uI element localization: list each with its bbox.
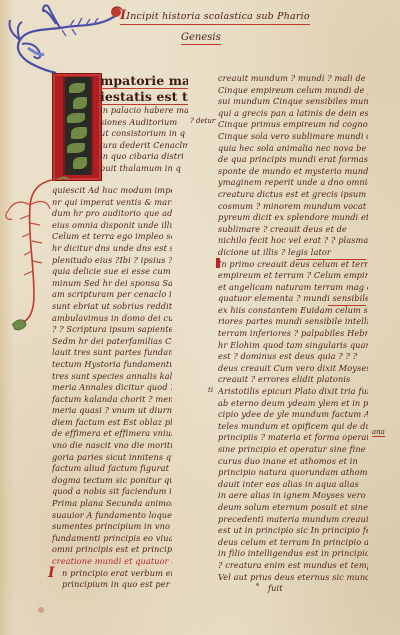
text-line: et angelicam naturam terram mag omnem ra… xyxy=(218,282,368,294)
left-text-column: mpatorie ma iestatis est tres in palacio… xyxy=(100,73,188,175)
book-title: Genesis xyxy=(181,32,221,45)
text-line: diem factum est Est oblaz plenitudine xyxy=(52,417,172,429)
text-line: quia delicie sue ei esse cum filiis ho xyxy=(52,266,172,278)
text-line: ex hiis constantem Euidam celum supe xyxy=(218,305,368,317)
text-line: sui mundum Cinque sensibiles mundi xyxy=(218,96,368,108)
stain xyxy=(38,607,44,613)
text-line: sumentes principium in vno ab omnis xyxy=(52,521,172,533)
text-line: siones Auditorium xyxy=(100,117,188,129)
text-line: I n principio erat verbum et verbum erat xyxy=(52,568,172,580)
text-line: principium in quo est per ad patrem xyxy=(52,579,172,591)
initial-foliage-panel xyxy=(63,77,93,175)
text-line: factum aliud factum figurat Tropologia xyxy=(52,463,172,475)
text-line: cipio ydee de yle mundum factum Aristo xyxy=(218,409,368,421)
text-line: In primo creauit deus celum et terra Cel… xyxy=(218,259,368,271)
text-line: Cinque sola vero sublimare mundi de xyxy=(218,131,368,143)
marginal-gloss-right: ana xyxy=(372,428,385,437)
text-line: quia hec sola animalia nec nova be xyxy=(218,143,368,155)
text-line: factum kalanda chorit ? mensem Effi xyxy=(52,394,172,406)
text-line: goria paries sicut innitens que per xyxy=(52,452,172,464)
paragraph-mark xyxy=(216,258,220,268)
text-line: ymaginem reperit unde a dno omnia xyxy=(218,177,368,189)
text-line: ut consistorium in q xyxy=(100,128,188,140)
text-line: nichilo fecit hoc vel erat ? ? plasmauit xyxy=(218,235,368,247)
incipit-text: Incipit historia scolastica sub Phario xyxy=(126,11,310,22)
text-line: Cinque empireum celum mundi de gre xyxy=(218,85,368,97)
text-line-content: n principio erat verbum et verbum erat xyxy=(62,568,172,578)
right-text-column: creauit mundum ? mundi ? mali de Cinque … xyxy=(218,73,368,595)
rubric-underline xyxy=(296,259,366,260)
text-line: deus creauit Cum vero dixit Moyses xyxy=(218,363,368,375)
text-line: fundamenti principis eo viuante qui xyxy=(52,533,172,545)
incipit-heading: IIncipit historia scolastica sub Phario xyxy=(120,8,310,25)
text-line: ambulavimus in domo dei cum consensu xyxy=(52,313,172,325)
text-line: dum hr pro auditorio que ad nutu xyxy=(52,208,172,220)
text-line: buit thalamum in q xyxy=(100,163,188,175)
text-line: ab eterno deum ydeam ylem et in prin xyxy=(218,398,368,410)
text-line: Celum et terra ego impleo sedm xyxy=(52,231,172,243)
text-line: fuit xyxy=(218,583,368,595)
text-line: creauit mundum ? mundi ? mali de xyxy=(218,73,368,85)
text-line: de effimera et effimera vnius est qui xyxy=(52,428,172,440)
text-line: nr qui imperat ventis & mari mu xyxy=(52,197,172,209)
text-line: sponte de mundo et mysterio mundi xyxy=(218,166,368,178)
text-line: tres sunt species annalis kalanda effi xyxy=(52,371,172,383)
text-line: Prima plana Secunda animos Tertia xyxy=(52,498,172,510)
text-line: sine principio et operatur sine fine Epi xyxy=(218,444,368,456)
text-line: vno die nascit vno die moritur Alle xyxy=(52,440,172,452)
text-line: suauior A fundamento loquendi xyxy=(52,510,172,522)
text-line: deum solum eternum posuit et sine xyxy=(218,502,368,514)
text-line: Sedm hr dei paterfamilias Condi xyxy=(52,336,172,348)
stain xyxy=(256,583,259,586)
text-line: Vel aut prius deus eternus sic mundus xyxy=(218,572,368,584)
text-line: pyreum dicit ex splendore mundi et xyxy=(218,212,368,224)
text-line: iestatis est tres xyxy=(100,89,188,105)
left-text-column-lower: quiescit Ad huc modum imperator nr qui i… xyxy=(52,185,172,591)
rubric-underline xyxy=(328,305,366,306)
blue-flourish-ornament xyxy=(0,0,130,80)
text-line: dogma tectum sic ponitur que perfecti xyxy=(52,475,172,487)
text-line: principio natura quorundam athomos soli xyxy=(218,467,368,479)
text-line: est ? dominus est deus quia ? ? ? xyxy=(218,351,368,363)
text-line: plenitudo eius ?Ibi ? ipsius ? thalamo xyxy=(52,255,172,267)
marginal-gloss-center: ? detur xyxy=(190,117,215,125)
text-line: quatuor elementa ? mundi sensibilem xyxy=(218,293,368,305)
text-line: quod a nobis sit faciendum insinuat xyxy=(52,486,172,498)
text-line: qui a grecis pan a latinis de dein est xyxy=(218,108,368,120)
text-line: ? creatura enim est mundus et tempus xyxy=(218,560,368,572)
text-line: precedenti materia mundum creauit Creatu… xyxy=(218,514,368,526)
text-line: hr dicitur dns unde dns est scit ? xyxy=(52,243,172,255)
text-line: in aere alias in ignem Moyses vero xyxy=(218,490,368,502)
text-line: Aristotilis epicuri Plato dixit tria fui… xyxy=(218,386,368,398)
text-line: lauit tres sunt partes fundamentum parie… xyxy=(52,347,172,359)
text-line: minum Sed hr dei sponsa Sacra xyxy=(52,278,172,290)
text-line: quiescit Ad huc modum imperator xyxy=(52,185,172,197)
text-line: dicione ut illis ? legis lator xyxy=(218,247,368,259)
text-line: eius omnia disponit unde illud xyxy=(52,220,172,232)
text-line: sublimare ? creauit deus et de xyxy=(218,224,368,236)
manuscript-page: IIncipit historia scolastica sub Phario … xyxy=(0,0,400,635)
text-line: empireum et terram ? Celum empireum xyxy=(218,270,368,282)
text-line: ? ? Scriptura ipsum sapientes xyxy=(52,324,172,336)
illuminated-initial-i xyxy=(52,73,102,181)
text-line: curus duo inane et athomos et in xyxy=(218,456,368,468)
text-line: creatura dictus est et grecis ipsum micr… xyxy=(218,189,368,201)
text-line: in quo cibaria distri xyxy=(100,151,188,163)
text-line: am scripturam per cenaclo in quo sic xyxy=(52,289,172,301)
text-line: est ut in principio sic In principio fec… xyxy=(218,525,368,537)
text-line: principiis ? materia et forma operatus e… xyxy=(218,432,368,444)
text-line: sunt ebriat ut sobrius reddit In xyxy=(52,301,172,313)
text-line: cosmum ? minorem mundum vocat em xyxy=(218,201,368,213)
text-line: mpatorie ma xyxy=(100,73,188,89)
closing-initial: I xyxy=(52,568,55,580)
text-line: teles mundum et opificem qui de duobus xyxy=(218,421,368,433)
text-line: iura dederit Cenaclm xyxy=(100,140,188,152)
rubric-line: creatione mundi et quatuor elementorum xyxy=(52,556,172,568)
marginal-numeral: ti xyxy=(208,386,213,394)
text-line: creauit ? errores elidit platonis xyxy=(218,374,368,386)
text-line: in filio intelligendus est in principio … xyxy=(218,548,368,560)
text-line: hr Elohim quod tam singularis quam plura… xyxy=(218,340,368,352)
text-line: Cinque primus empireum nd cognoscit xyxy=(218,119,368,131)
text-line: riores partes mundi sensibile intelligen… xyxy=(218,316,368,328)
text-line: meria Annales dicitur quod ? anni xyxy=(52,382,172,394)
text-line: deus celum et terram In principio a xyxy=(218,537,368,549)
text-line: omni principis est et principium De xyxy=(52,544,172,556)
text-line: in palacio habere ma xyxy=(100,105,188,117)
text-line: terram inferiores ? palpabiles Hebreus xyxy=(218,328,368,340)
text-line: de qua principis mundi erat formas ? ? xyxy=(218,154,368,166)
text-line: dauit inter eas alias in aqua alias xyxy=(218,479,368,491)
text-line: meria quasi ? vnum ut diurnum xyxy=(52,405,172,417)
text-line: tectum Hystoria fundamentum est cuius xyxy=(52,359,172,371)
